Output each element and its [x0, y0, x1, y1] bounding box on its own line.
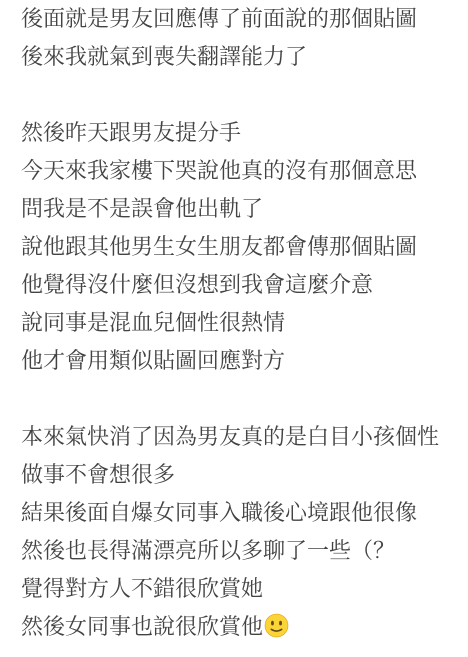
post-paragraph: 後面就是男友回應傳了前面說的那個貼圖後來我就氣到喪失翻譯能力了	[21, 0, 448, 76]
post-line: 問我是不是誤會他出軌了	[21, 190, 448, 228]
post-line: 然後昨天跟男友提分手	[21, 114, 448, 152]
post-line: 結果後面自爆女同事入職後心境跟他很像	[21, 494, 448, 532]
post-line: 然後女同事也說很欣賞他	[21, 608, 448, 646]
post-line: 本來氣快消了因為男友真的是白目小孩個性	[21, 418, 448, 456]
post-line: 說同事是混血兒個性很熱情	[21, 304, 448, 342]
post-paragraph: 本來氣快消了因為男友真的是白目小孩個性做事不會想很多結果後面自爆女同事入職後心境…	[21, 418, 448, 646]
post-line: 說他跟其他男生女生朋友都會傳那個貼圖	[21, 228, 448, 266]
post-line: 後來我就氣到喪失翻譯能力了	[21, 38, 448, 76]
post-line: 做事不會想很多	[21, 456, 448, 494]
post-line: 他覺得沒什麼但沒想到我會這麼介意	[21, 266, 448, 304]
post-content: 後面就是男友回應傳了前面說的那個貼圖後來我就氣到喪失翻譯能力了然後昨天跟男友提分…	[0, 0, 468, 646]
slightly-smiling-face-emoji	[264, 613, 289, 638]
post-line: 然後也長得滿漂亮所以多聊了一些（？	[21, 532, 448, 570]
post-line: 覺得對方人不錯很欣賞她	[21, 570, 448, 608]
post-line: 今天來我家樓下哭說他真的沒有那個意思	[21, 152, 448, 190]
post-paragraph: 然後昨天跟男友提分手今天來我家樓下哭說他真的沒有那個意思問我是不是誤會他出軌了說…	[21, 114, 448, 380]
post-line: 後面就是男友回應傳了前面說的那個貼圖	[21, 0, 448, 38]
post-line: 他才會用類似貼圖回應對方	[21, 342, 448, 380]
